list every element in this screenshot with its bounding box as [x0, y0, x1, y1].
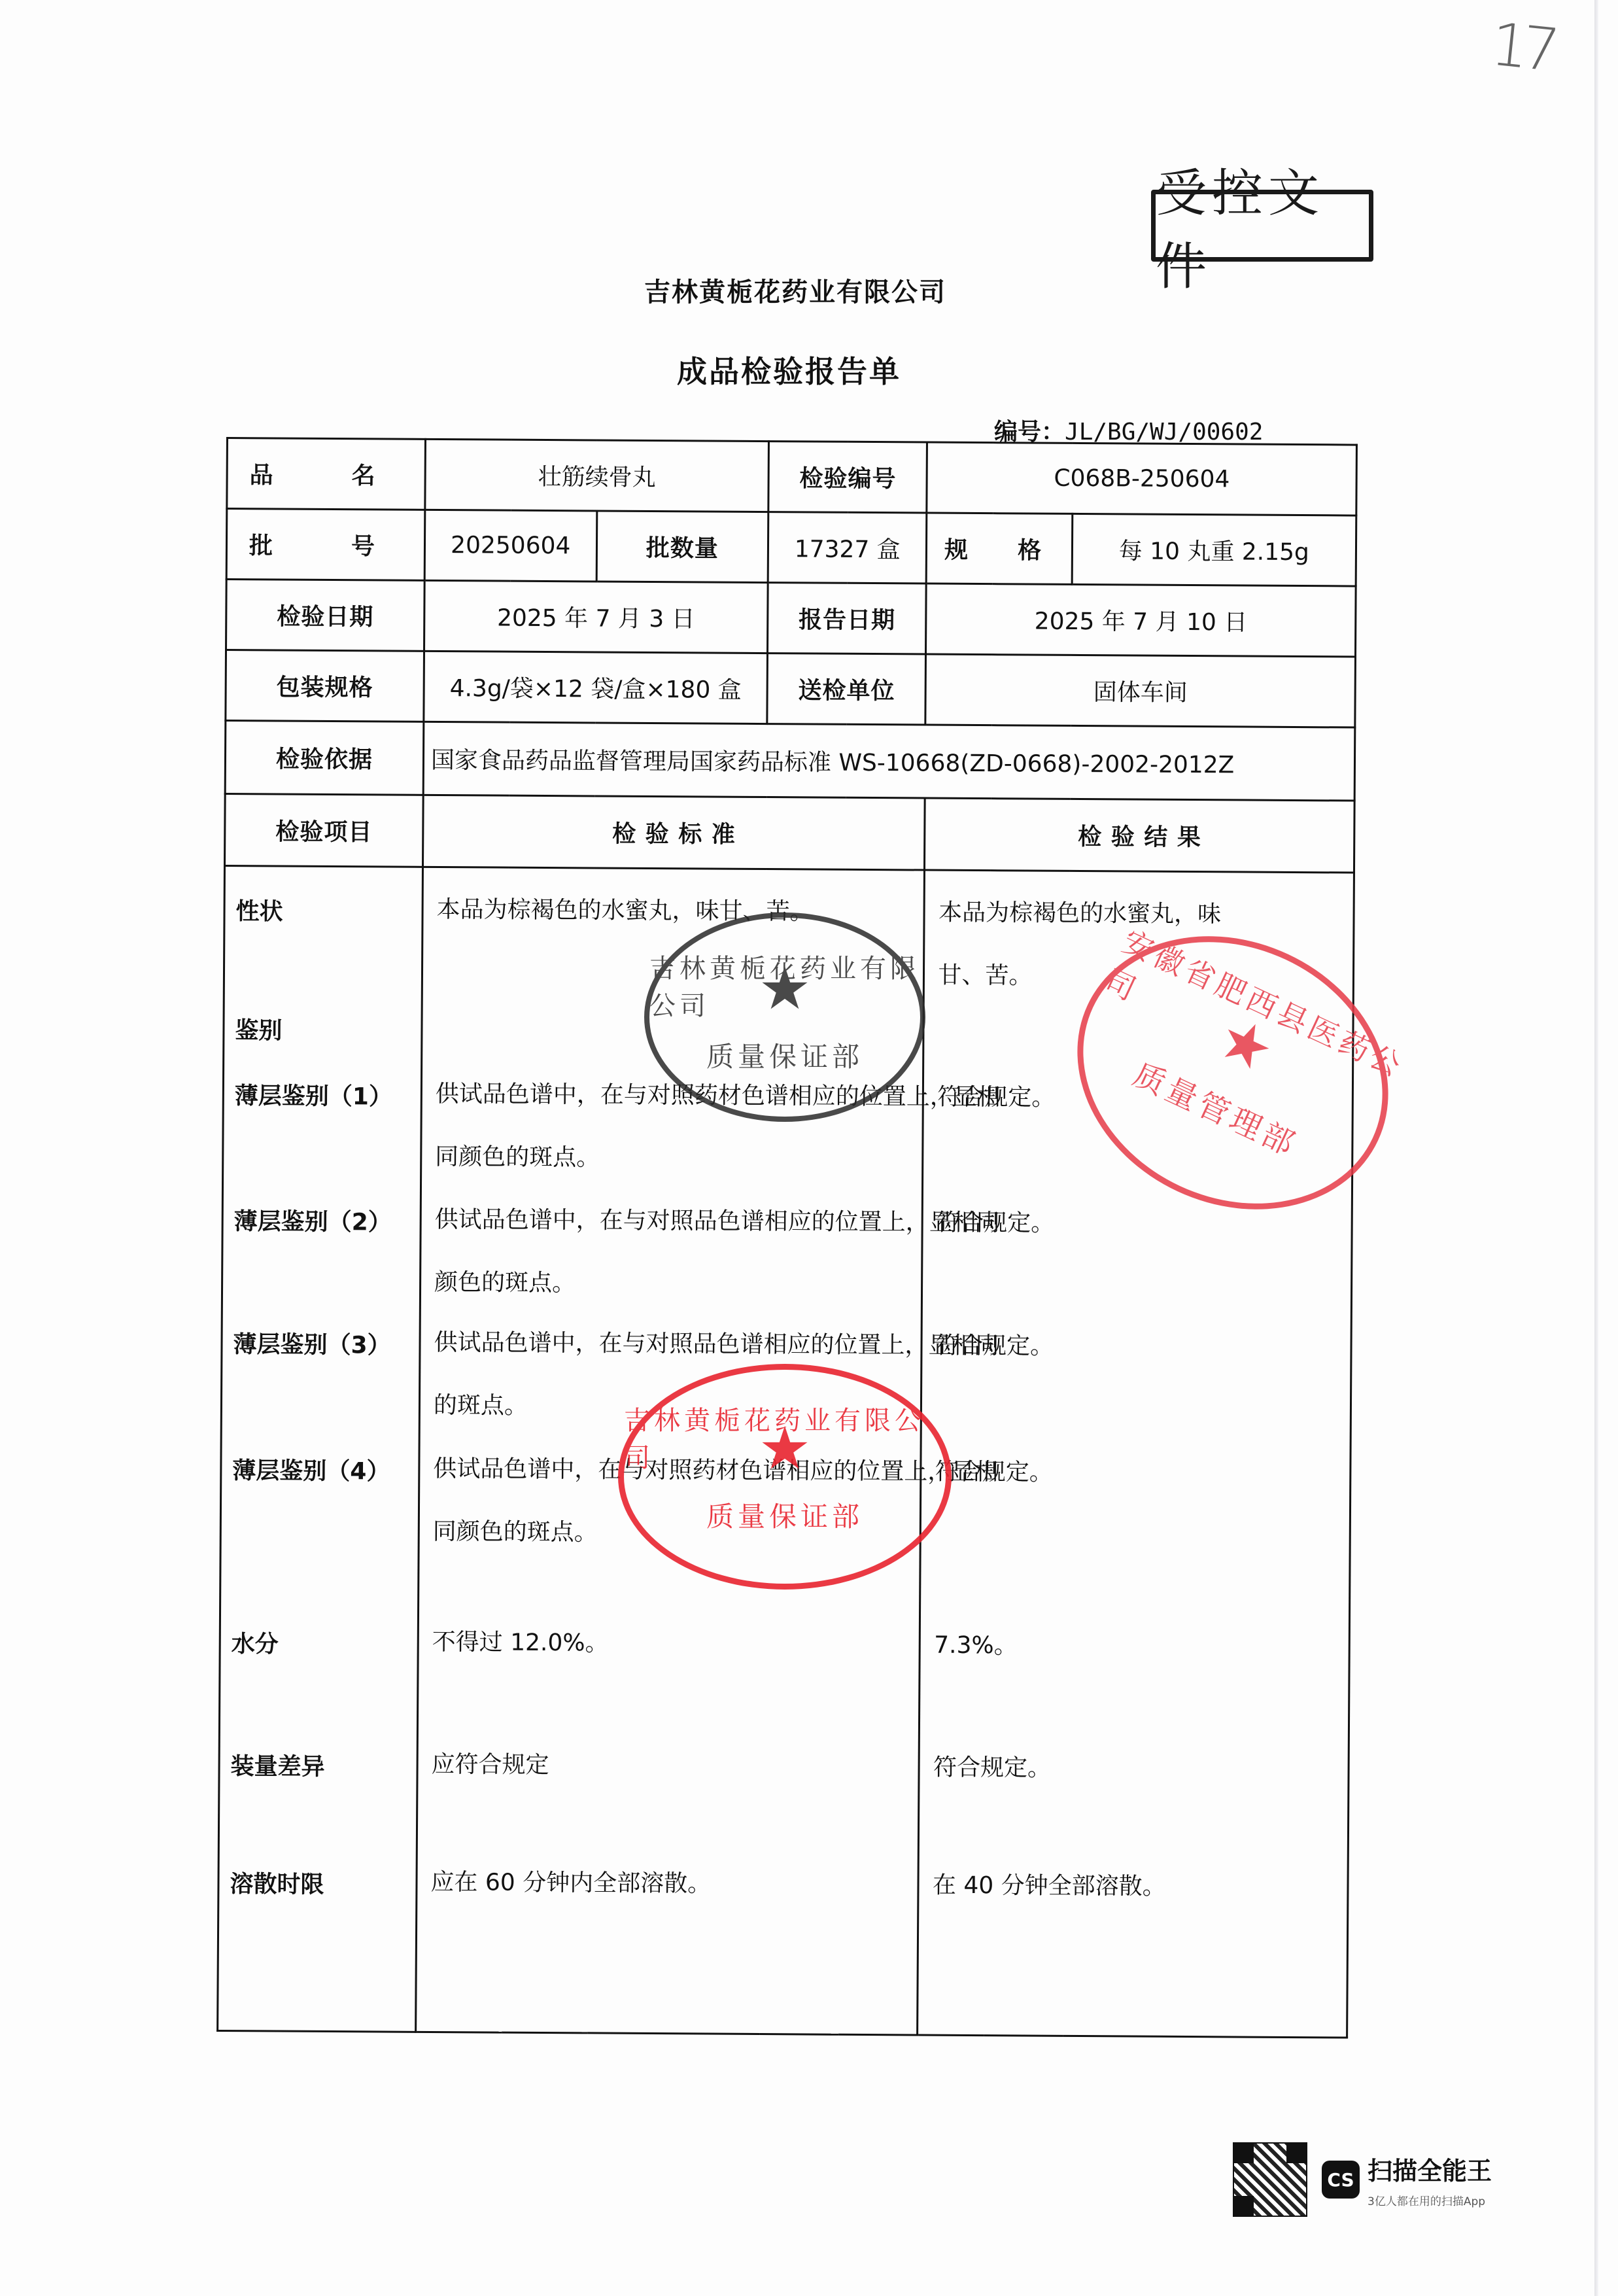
- test-date-value: 2025 年 7 月 3 日: [424, 580, 768, 653]
- batch-qty-value: 17327 盒: [768, 512, 927, 583]
- packaging-label: 包装规格: [226, 650, 424, 722]
- row-product: 品 名 壮筋续骨丸 检验编号 C068B-250604: [227, 438, 1357, 516]
- handwritten-page-number: 17: [1488, 10, 1557, 84]
- controlled-document-stamp: 受控文件: [1151, 190, 1373, 262]
- header-result: 检 验 结 果: [925, 798, 1354, 873]
- row-batch: 批 号 20250604 批数量 17327 盒 规 格 每 10 丸重 2.1…: [226, 509, 1356, 587]
- batch-no-label: 批 号: [226, 509, 425, 581]
- spec-label: 规 格: [927, 513, 1073, 584]
- item-moisture: 水分: [232, 1626, 279, 1659]
- res-tlc-3: 符合规定。: [936, 1315, 1250, 1380]
- header-item: 检验项目: [224, 793, 423, 867]
- row-packaging: 包装规格 4.3g/袋×12 袋/盒×180 盒 送检单位 固体车间: [226, 650, 1356, 728]
- res-tlc-2: 符合规定。: [937, 1192, 1251, 1257]
- standards-column: 本品为棕褐色的水蜜丸，味甘、苦。 供试品色谱中，在与对照药材色谱相应的位置上，显…: [416, 867, 925, 2035]
- camscanner-logo-icon: CS: [1322, 2161, 1360, 2199]
- watermark-tagline: 3亿人都在用的扫描App: [1368, 2192, 1492, 2208]
- item-tlc-1: 薄层鉴别（1）: [235, 1077, 392, 1111]
- submitting-unit-label: 送检单位: [767, 653, 926, 725]
- product-name-label: 品 名: [227, 438, 426, 510]
- product-name-value: 壮筋续骨丸: [425, 439, 769, 512]
- item-fill-variance: 装量差异: [230, 1748, 324, 1782]
- row-basis: 检验依据 国家食品药品监督管理局国家药品标准 WS-10668(ZD-0668)…: [225, 721, 1355, 801]
- res-fill-variance: 符合规定。: [933, 1737, 1248, 1801]
- header-standard: 检 验 标 准: [422, 795, 925, 870]
- document-number-value: JL/BG/WJ/00602: [1065, 419, 1263, 445]
- item-tlc-3: 薄层鉴别（3）: [233, 1326, 390, 1360]
- item-disintegration: 溶散时限: [230, 1866, 324, 1900]
- test-date-label: 检验日期: [226, 580, 425, 652]
- row-dates: 检验日期 2025 年 7 月 3 日 报告日期 2025 年 7 月 10 日: [226, 580, 1356, 657]
- item-identification: 鉴别: [235, 1012, 282, 1045]
- batch-qty-label: 批数量: [596, 511, 768, 583]
- row-results-header: 检验项目 检 验 标 准 检 验 结 果: [224, 793, 1354, 873]
- scanner-watermark: CS 扫描全能王 3亿人都在用的扫描App: [1233, 2142, 1492, 2217]
- item-tlc-2: 薄层鉴别（2）: [234, 1203, 392, 1237]
- test-no-label: 检验编号: [768, 442, 927, 513]
- inspection-report-table: 品 名 壮筋续骨丸 检验编号 C068B-250604 批 号 20250604…: [216, 437, 1358, 2039]
- document-title: 成品检验报告单: [677, 348, 901, 391]
- res-tlc-1: 符合规定。: [937, 1066, 1252, 1131]
- row-results-body: 性状 鉴别 薄层鉴别（1） 薄层鉴别（2） 薄层鉴别（3） 薄层鉴别（4） 水分…: [218, 865, 1354, 2038]
- company-name: 吉林黄栀花药业有限公司: [644, 271, 946, 309]
- report-date-value: 2025 年 7 月 10 日: [926, 583, 1356, 657]
- item-tlc-4: 薄层鉴别（4）: [232, 1452, 390, 1486]
- items-column: 性状 鉴别 薄层鉴别（1） 薄层鉴别（2） 薄层鉴别（3） 薄层鉴别（4） 水分…: [218, 865, 423, 2032]
- res-moisture: 7.3%。: [934, 1614, 1248, 1679]
- spec-value: 每 10 丸重 2.15g: [1072, 513, 1356, 586]
- results-column: 本品为棕褐色的水蜜丸，味甘、苦。 符合规定。 符合规定。 符合规定。 符合规定。…: [918, 870, 1354, 2038]
- qr-code-icon: [1233, 2142, 1307, 2217]
- res-disintegration: 在 40 分钟全部溶散。: [933, 1854, 1247, 1919]
- batch-no-value: 20250604: [424, 510, 596, 582]
- res-appearance: 本品为棕褐色的水蜜丸，味甘、苦。: [938, 882, 1252, 1009]
- packaging-value: 4.3g/袋×12 袋/盒×180 盒: [424, 651, 768, 723]
- item-appearance: 性状: [235, 893, 283, 926]
- basis-value: 国家食品药品监督管理局国家药品标准 WS-10668(ZD-0668)-2002…: [423, 722, 1355, 801]
- basis-label: 检验依据: [225, 721, 424, 795]
- submitting-unit-value: 固体车间: [925, 654, 1355, 727]
- watermark-app-name: 扫描全能王: [1368, 2151, 1492, 2187]
- res-tlc-4: 符合规定。: [935, 1441, 1250, 1506]
- report-date-label: 报告日期: [768, 583, 927, 654]
- page-edge: [1594, 0, 1598, 2296]
- test-no-value: C068B-250604: [927, 442, 1356, 515]
